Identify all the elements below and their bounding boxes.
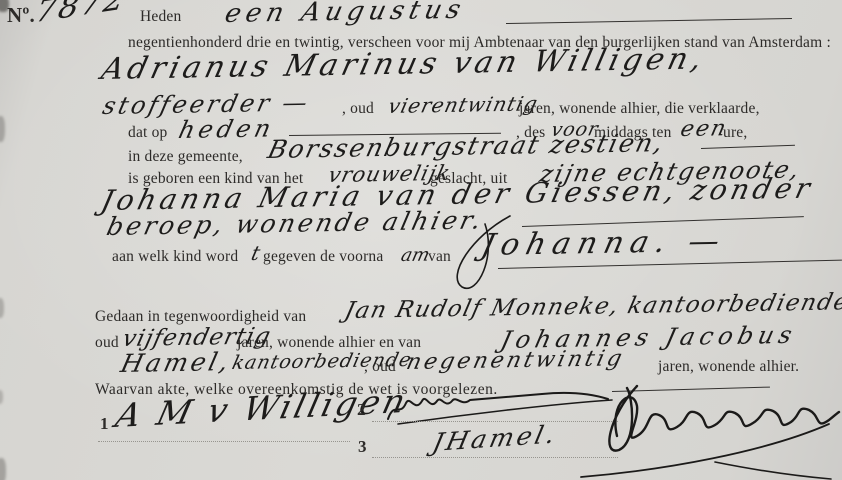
naming-label-1: aan welk kind word — [112, 248, 238, 266]
t-handwritten: t — [249, 241, 263, 265]
fill-line — [506, 18, 792, 24]
signature-line — [98, 441, 350, 442]
birth-certificate-scan: Nº. 7872 Heden een Augustus negentienhon… — [0, 0, 842, 480]
naming-label-2: gegeven de voorna — [263, 248, 383, 266]
day-handwritten: heden — [176, 114, 278, 144]
end-label: jaren, wonende alhier. — [658, 358, 799, 376]
witness1-name: Jan Rudolf Monneke, kantoorbediende, — [342, 289, 842, 324]
child-name: Johanna. — — [478, 224, 730, 263]
signature1-number: 1 — [100, 414, 109, 434]
mother-continued: beroep, wonende alhier. — [104, 205, 487, 241]
witness2-lastname: Hamel, — [118, 347, 234, 378]
signature2-number: 2 — [357, 400, 366, 420]
date-handwritten: een Augustus — [222, 0, 469, 29]
gedaan-label: Gedaan in tegenwoordigheid van — [95, 308, 306, 326]
scan-edge-smudge — [0, 298, 4, 318]
scan-edge-smudge — [0, 458, 6, 480]
registrar-signature-scrawl — [575, 378, 842, 480]
fill-line — [701, 145, 795, 149]
witness2-age: negenentwintig — [404, 346, 627, 375]
van-label: van — [428, 248, 451, 266]
heden-label: Heden — [140, 8, 181, 26]
scan-edge-smudge — [0, 390, 3, 404]
deed-number-label: Nº. — [7, 3, 35, 28]
oud-label: , oud — [342, 100, 374, 118]
witness2-signature: JHamel. — [430, 420, 561, 457]
declarant-age: vierentwintig — [386, 91, 541, 118]
oud-label-3: , oud — [364, 358, 396, 376]
oud-label-2: oud — [95, 334, 119, 352]
signature3-number: 3 — [358, 437, 367, 457]
deed-number: 7872 — [33, 0, 129, 30]
scan-edge-smudge — [0, 116, 5, 142]
dat-op-label: dat op — [128, 124, 168, 142]
am-handwritten: am — [399, 245, 432, 266]
ure-label: ure, — [723, 124, 747, 142]
gemeente-label: in deze gemeente, — [128, 148, 243, 166]
